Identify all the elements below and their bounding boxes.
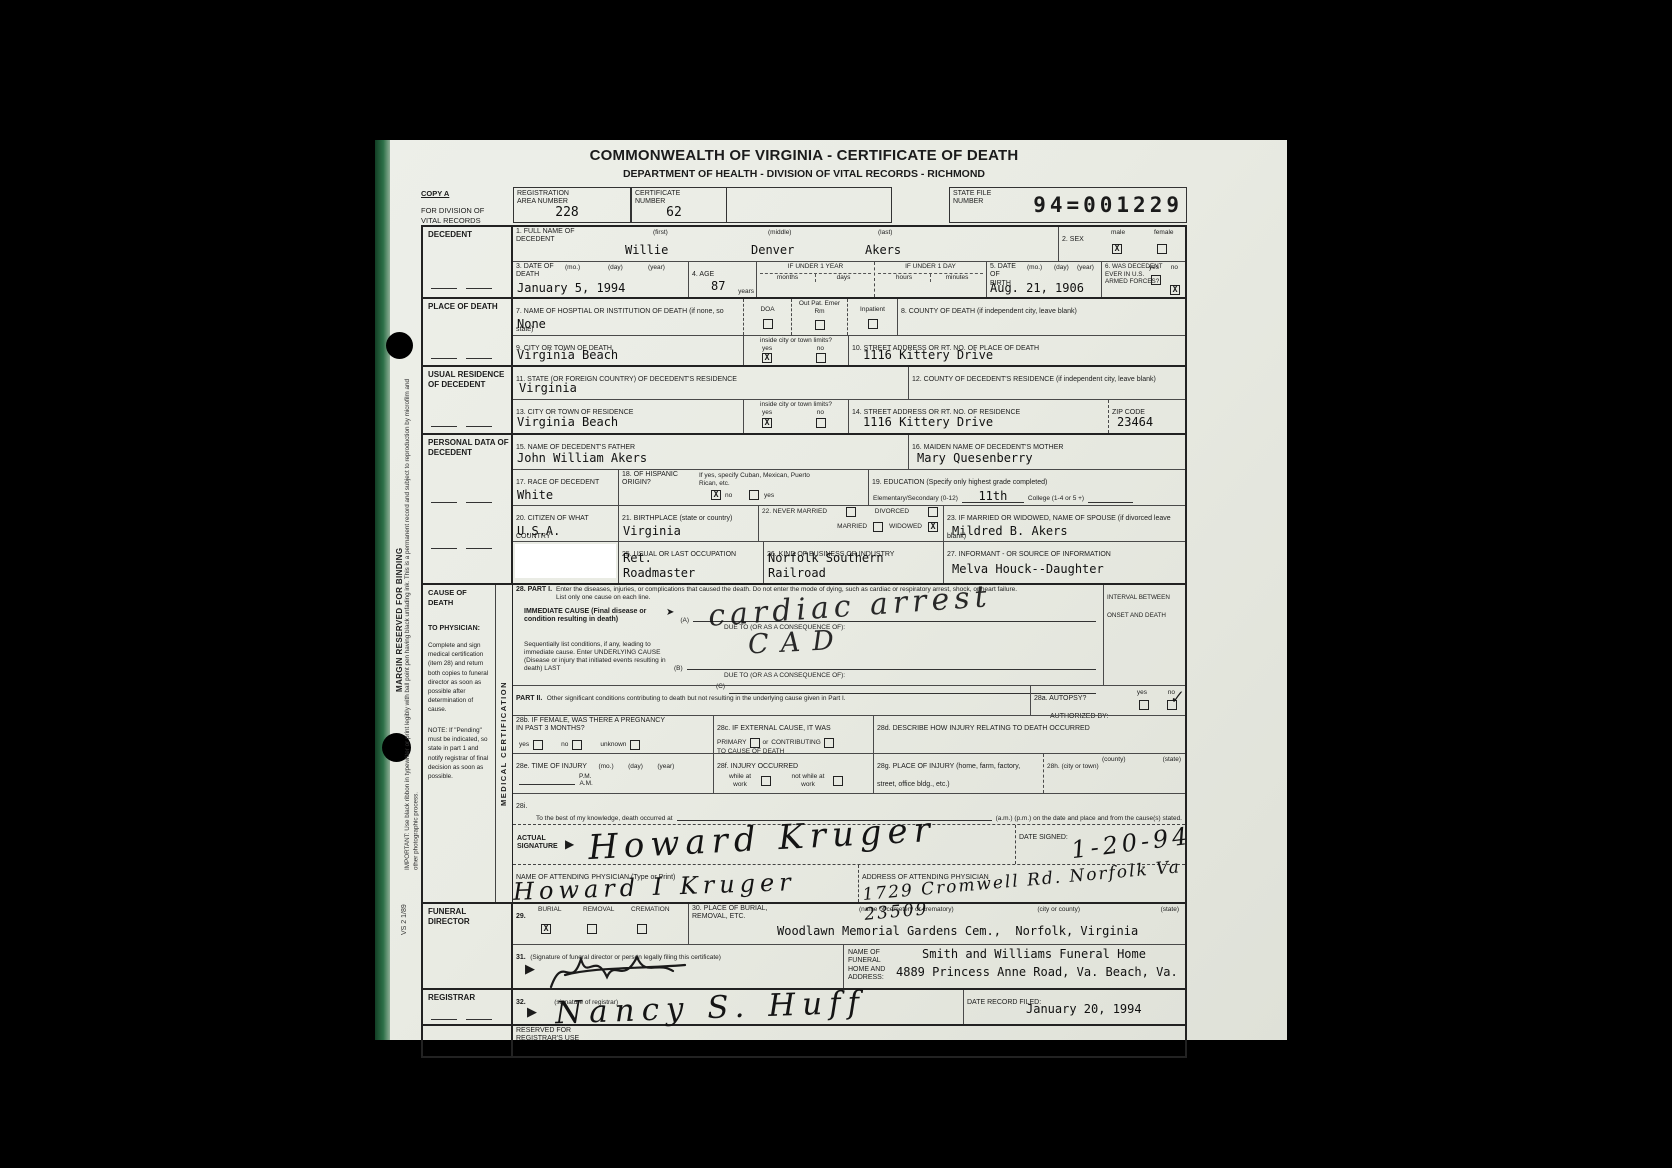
not-while-at-work-checkbox (833, 776, 843, 786)
father-label: 15. NAME OF DECEDENT'S FATHER (516, 444, 635, 451)
occupation-value: Ret. Roadmaster (623, 551, 705, 581)
certificate-title: COMMONWEALTH OF VIRGINIA - CERTIFICATE O… (421, 148, 1187, 165)
section-registrar-label: REGISTRAR (428, 993, 475, 1002)
male-checkbox: X (1112, 244, 1122, 254)
father-value: John William Akers (517, 451, 647, 466)
to-physician-label: TO PHYSICIAN: (428, 624, 493, 633)
part1-cell: 28. PART I. Enter the diseases, injuries… (513, 585, 1103, 685)
injury-city-cell: 28h. (city or town) (county) (state) (1043, 754, 1185, 793)
actual-signature-cell: ACTUAL SIGNATURE ▶ Howard Kruger (513, 825, 1015, 864)
date-signed-label: DATE SIGNED: (1019, 834, 1068, 841)
copy-label: COPY A (421, 189, 513, 199)
residence-city-value: Virginia Beach (517, 415, 618, 430)
section-residence-label: USUAL RESIDENCE OF DECEDENT (428, 370, 504, 389)
index-ticks (431, 543, 492, 549)
cremation-label: CREMATION (631, 906, 670, 914)
cremation-checkbox (637, 924, 647, 934)
male-label: male (1111, 229, 1125, 237)
index-ticks (431, 283, 492, 289)
section-registrar: REGISTRAR (423, 990, 513, 1024)
pregnancy-yes-checkbox (533, 740, 543, 750)
city-of-death-row: 9. CITY OR TOWN OF DEATH Virginia Beach … (513, 335, 1185, 365)
college-label: College (1-4 or 5 +) (1028, 495, 1084, 503)
pm-label: P.M. (579, 773, 592, 781)
reserved-row: RESERVED FOR REGISTRAR'S USE (513, 1026, 1185, 1056)
contributing-label: CONTRIBUTING (771, 739, 820, 747)
days-label: days (816, 274, 871, 282)
not-while-at-work-label: not while at work (788, 773, 828, 789)
date-of-death-cell: 3. DATE OF DEATH (mo.) (day) (year) Janu… (513, 262, 688, 297)
label-29: 29. (516, 913, 526, 920)
death-certificate-document: MARGIN RESERVED FOR BINDING IMPORTANT: U… (375, 140, 1287, 1040)
pregnancy-unknown-checkbox (630, 740, 640, 750)
hispanic-yes-label: yes (764, 492, 774, 500)
hispanic-cell: 18. OF HISPANIC ORIGIN? If yes, specify … (618, 470, 868, 505)
funeral-director-signature (545, 947, 695, 993)
injury-city-label: 28h. (city or town) (1047, 763, 1099, 770)
occupation-cell: 25. USUAL OR LAST OCCUPATION Ret. Roadma… (618, 542, 763, 583)
birth-mo-hint: (mo.) (1027, 264, 1042, 272)
hours-label: hours (878, 274, 931, 282)
certificate-number-box: CERTIFICATE NUMBER 62 (631, 187, 727, 223)
mother-label: 16. MAIDEN NAME OF DECEDENT'S MOTHER (912, 444, 1063, 451)
section-place-of-death: PLACE OF DEATH (423, 299, 513, 365)
under-one-day-cell: IF UNDER 1 DAY hours minutes (874, 262, 986, 297)
race-cell: 17. RACE OF DECEDENT White (513, 470, 618, 505)
time-of-injury-cell: 28e. TIME OF INJURY (mo.) (day) (year) A… (513, 754, 713, 793)
section-place-label: PLACE OF DEATH (428, 302, 498, 311)
informant-label: 27. INFORMANT - OR SOURCE OF INFORMATION (947, 551, 1111, 558)
funeral-signature-cell: 31. (Signature of funeral director or pe… (513, 945, 843, 988)
part2-label: PART II. (516, 695, 542, 702)
injury-row-1: 28b. IF FEMALE, WAS THERE A PREGNANCY IN… (513, 715, 1185, 753)
funeral-signature-row: 31. (Signature of funeral director or pe… (513, 944, 1185, 988)
line-b-label: (B) (674, 665, 683, 673)
hispanic-label: 18. OF HISPANIC ORIGIN? (622, 471, 692, 488)
part2-row: PART II. Other significant conditions co… (513, 685, 1185, 715)
pregnancy-label: 28b. IF FEMALE, WAS THERE A PREGNANCY IN… (516, 717, 666, 734)
middle-name-value: Denver (751, 243, 794, 258)
margin-important-text: IMPORTANT: Use black ribbon in typewrite… (404, 378, 422, 870)
external-cause-label: 28c. IF EXTERNAL CAUSE, IT WAS (717, 725, 831, 732)
hospital-label: 7. NAME OF HOSPTIAL OR INSTITUTION OF DE… (516, 308, 724, 333)
immediate-cause-label: IMMEDIATE CAUSE (Final disease or condit… (516, 608, 666, 625)
armed-no-checkbox: X (1170, 285, 1180, 295)
decedent-band: DECEDENT 1. FULL NAME OF DECEDENT (first… (423, 227, 1185, 297)
section-cause-label: CAUSE OF DEATH (428, 588, 467, 607)
doa-checkbox (763, 319, 773, 329)
form-grid: DECEDENT 1. FULL NAME OF DECEDENT (first… (421, 225, 1187, 1058)
date-of-birth-value: Aug. 21, 1906 (990, 281, 1084, 296)
arrow-right-icon: ➤ (666, 608, 674, 625)
inpatient-checkbox (868, 319, 878, 329)
informant-cell: 27. INFORMANT - OR SOURCE OF INFORMATION… (943, 542, 1185, 583)
place-of-death-band: PLACE OF DEATH 7. NAME OF HOSPTIAL OR IN… (423, 297, 1185, 365)
describe-injury-label: 28d. DESCRIBE HOW INJURY RELATING TO DEA… (877, 725, 1090, 732)
hospital-row: 7. NAME OF HOSPTIAL OR INSTITUTION OF DE… (513, 299, 1185, 335)
physician-row: NAME OF ATTENDING PHYSICIAN (Type or Pri… (513, 864, 1185, 902)
hospital-value: None (517, 317, 546, 332)
hole-punch-top (386, 332, 413, 359)
business-value: Norfolk Southern Railroad (768, 551, 893, 581)
county-of-death-label: 8. COUNTY OF DEATH (if independent city,… (901, 308, 1077, 315)
autopsy-no-handwritten-check: ✓ (1167, 687, 1184, 709)
street-of-death-value: 1116 Kittery Drive (863, 348, 993, 363)
label-32: 32. (516, 999, 526, 1007)
due-to2-label: DUE TO (OR AS A CONSEQUENCE OF): (724, 672, 1100, 680)
residence-county-cell: 12. COUNTY OF DECEDENT'S RESIDENCE (if i… (908, 367, 1185, 399)
residence-limits-no-label: no (817, 409, 824, 417)
outpatient-checkbox (815, 320, 825, 330)
residence-band: USUAL RESIDENCE OF DECEDENT 11. STATE (O… (423, 365, 1185, 433)
date-of-birth-cell: 5. DATE OF BIRTH (mo.) (day) (year) Aug.… (986, 262, 1101, 297)
funeral-home-label: NAME OF FUNERAL HOME AND ADDRESS: (848, 949, 896, 983)
primary-checkbox (750, 738, 760, 748)
citizen-value: U.S.A. (517, 524, 560, 539)
age-label: 4. AGE (692, 271, 714, 278)
under-one-year-cell: IF UNDER 1 YEAR months days (756, 262, 874, 297)
part1-row: 28. PART I. Enter the diseases, injuries… (513, 585, 1185, 685)
armed-yes-label: yes (1149, 264, 1159, 272)
outpatient-cell: Out Pat. Emer Rm (791, 299, 847, 335)
full-name-label: 1. FULL NAME OF DECEDENT (516, 228, 576, 245)
minutes-label: minutes (931, 274, 983, 282)
physician-address-cell: ADDRESS OF ATTENDING PHYSICIAN 1729 Crom… (858, 865, 1185, 902)
date-filed-cell: DATE RECORD FILED: January 20, 1994 (963, 990, 1185, 1024)
burial-checkbox: X (541, 924, 551, 934)
street-of-death-cell: 10. STREET ADDRESS OR RT. NO. OF PLACE O… (848, 336, 1185, 365)
pregnancy-yes-label: yes (519, 741, 529, 749)
part2-cell: PART II. Other significant conditions co… (513, 686, 1030, 715)
under-one-day-label: IF UNDER 1 DAY (878, 263, 983, 271)
registration-value: 228 (514, 205, 620, 221)
pregnancy-no-checkbox (572, 740, 582, 750)
medical-certification-strip: MEDICAL CERTIFICATION (495, 585, 513, 902)
date-filed-value: January 20, 1994 (1026, 1002, 1142, 1017)
birth-year-hint: (year) (1077, 264, 1094, 272)
age-unit: years (738, 288, 754, 296)
medical-band: CAUSE OF DEATH TO PHYSICIAN: Complete an… (423, 583, 1185, 902)
autopsy-yes-checkbox (1139, 700, 1149, 710)
last-hint: (last) (878, 229, 892, 237)
section-personal: PERSONAL DATA OF DECEDENT (423, 435, 513, 583)
primary-label: PRIMARY (717, 739, 747, 747)
race-label: 17. RACE OF DECEDENT (516, 479, 599, 486)
sex-label: 2. SEX (1062, 236, 1084, 243)
sequential-label: Sequentially list conditions, if any, le… (516, 641, 674, 672)
part1-label: 28. PART I. (516, 586, 552, 602)
county-of-death-cell: 8. COUNTY OF DEATH (if independent city,… (897, 299, 1185, 335)
autopsy-cell: 28a. AUTOPSY? AUTHORIZED BY: yes no ✓ (1030, 686, 1185, 715)
line-a-label: (A) (680, 617, 689, 625)
contributing-checkbox (824, 738, 834, 748)
city-of-death-cell: 9. CITY OR TOWN OF DEATH Virginia Beach (513, 336, 743, 365)
race-education-row: 17. RACE OF DECEDENT White 18. OF HISPAN… (513, 469, 1185, 505)
age-value: 87 (711, 279, 725, 294)
registration-number-box: REGISTRATION AREA NUMBER 228 (513, 187, 631, 223)
place-of-burial-value: Woodlawn Memorial Gardens Cem., Norfolk,… (777, 924, 1138, 939)
ssn-redacted-cell (513, 542, 618, 583)
time-of-injury-label: 28e. TIME OF INJURY (516, 763, 594, 771)
index-ticks (431, 1014, 492, 1020)
residence-limits-cell: inside city or town limits? yes no X (743, 400, 848, 433)
zip-cell: ZIP CODE 23464 (1108, 400, 1185, 433)
injury-occurred-cell: 28f. INJURY OCCURRED while at work not w… (713, 754, 873, 793)
widowed-checkbox: X (928, 522, 938, 532)
funeral-home-name: Smith and Williams Funeral Home (922, 947, 1146, 962)
funeral-band: FUNERAL DIRECTOR 29. BURIAL REMOVAL CREM… (423, 902, 1185, 988)
for-division-label: FOR DIVISION OF VITAL RECORDS (421, 206, 491, 226)
elementary-value: 11th (962, 490, 1024, 503)
full-name-row: 1. FULL NAME OF DECEDENT (first) (middle… (513, 227, 1185, 261)
residence-limits-no-checkbox (816, 418, 826, 428)
occupation-row: 25. USUAL OR LAST OCCUPATION Ret. Roadma… (513, 541, 1185, 583)
while-at-work-label: while at work (724, 773, 756, 789)
copy-block: COPY A FOR DIVISION OF VITAL RECORDS (421, 187, 513, 223)
label-28i-row: 28i. (513, 793, 1185, 806)
section-decedent: DECEDENT (423, 227, 513, 297)
doa-cell: DOA (743, 299, 791, 335)
residence-state-row: 11. STATE (OR FOREIGN COUNTRY) OF DECEDE… (513, 367, 1185, 399)
death-limits-yes-checkbox: X (762, 353, 772, 363)
registrar-band: REGISTRAR 32. (signature of registrar) ▶… (423, 988, 1185, 1024)
race-value: White (517, 488, 553, 503)
binding-edge (375, 140, 390, 1040)
registrar-signature-cell: 32. (signature of registrar) ▶ Nancy S. … (513, 990, 963, 1024)
registrar-signature-row: 32. (signature of registrar) ▶ Nancy S. … (513, 990, 1185, 1024)
never-married-label: 22. NEVER MARRIED (762, 508, 827, 516)
birthplace-cell: 21. BIRTHPLACE (state or country) Virgin… (618, 506, 758, 541)
physician-note-2: NOTE: If "Pending" must be indicated, so… (428, 726, 493, 781)
inpatient-label: Inpatient (851, 306, 894, 314)
injury-year-hint: (year) (657, 763, 674, 770)
full-name-cell: 1. FULL NAME OF DECEDENT (first) (middle… (513, 227, 1058, 261)
residence-limits-yes-label: yes (762, 409, 772, 417)
form-number: VS 2 1/89 (401, 875, 408, 935)
redaction-box (515, 544, 616, 578)
inpatient-cell: Inpatient (847, 299, 897, 335)
hispanic-no-label: no (725, 492, 732, 500)
divorced-checkbox (928, 507, 938, 517)
female-checkbox (1157, 244, 1167, 254)
interval-cell: INTERVAL BETWEEN ONSET AND DEATH (1103, 585, 1185, 685)
injury-occurred-label: 28f. INJURY OCCURRED (717, 763, 798, 770)
reserved-cell: RESERVED FOR REGISTRAR'S USE (513, 1026, 1185, 1056)
death-limits-cell: inside city or town limits? yes no X (743, 336, 848, 365)
while-at-work-checkbox (761, 776, 771, 786)
margin-binding-text: MARGIN RESERVED FOR BINDING (396, 390, 404, 850)
under-one-year-label: IF UNDER 1 YEAR (760, 263, 871, 271)
spouse-value: Mildred B. Akers (952, 524, 1068, 539)
zip-value: 23464 (1117, 415, 1153, 430)
personal-data-band: PERSONAL DATA OF DECEDENT 15. NAME OF DE… (423, 433, 1185, 583)
informant-value: Melva Houck--Daughter (952, 562, 1104, 577)
section-decedent-label: DECEDENT (428, 230, 472, 239)
armed-no-label: no (1171, 264, 1178, 272)
mo-hint: (mo.) (565, 264, 580, 272)
physician-note: Complete and sign medical certification … (428, 641, 493, 714)
interval-label: INTERVAL BETWEEN ONSET AND DEATH (1107, 594, 1170, 619)
burial-row: 29. BURIAL REMOVAL CREMATION X 30. PLACE… (513, 904, 1185, 944)
or-label: or (763, 739, 769, 747)
residence-county-label: 12. COUNTY OF DECEDENT'S RESIDENCE (if i… (912, 376, 1156, 383)
death-limits-yes-label: yes (762, 345, 772, 353)
part2-text: Other significant conditions contributin… (547, 695, 846, 702)
external-cause-cell: 28c. IF EXTERNAL CAUSE, IT WAS PRIMARY o… (713, 716, 873, 753)
time-rule (519, 777, 575, 785)
index-ticks (431, 353, 492, 359)
line-b-rule (687, 659, 1096, 670)
last-name-value: Akers (865, 243, 901, 258)
sex-cell: 2. SEX male female X (1058, 227, 1185, 261)
section-cause: CAUSE OF DEATH TO PHYSICIAN: Complete an… (423, 585, 495, 902)
injury-day-hint: (day) (628, 763, 643, 770)
date-of-death-value: January 5, 1994 (517, 281, 625, 296)
married-label: MARRIED (837, 523, 867, 531)
residence-limits-yes-checkbox: X (762, 418, 772, 428)
death-limits-no-checkbox (816, 353, 826, 363)
outpatient-label: Out Pat. Emer Rm (795, 300, 844, 316)
burial-state-hint: (state) (1161, 906, 1179, 914)
certificate-form: COMMONWEALTH OF VIRGINIA - CERTIFICATE O… (421, 148, 1187, 1058)
birthplace-label: 21. BIRTHPLACE (state or country) (622, 515, 732, 522)
marital-cell: 22. NEVER MARRIED DIVORCED MARRIED WIDOW… (758, 506, 943, 541)
pregnancy-cell: 28b. IF FEMALE, WAS THERE A PREGNANCY IN… (513, 716, 713, 753)
empty-box (727, 187, 892, 223)
hispanic-yes-checkbox (749, 490, 759, 500)
index-ticks (431, 497, 492, 503)
mother-value: Mary Quesenberry (917, 451, 1033, 466)
first-name-value: Willie (625, 243, 668, 258)
pregnancy-no-label: no (561, 741, 568, 749)
married-checkbox (873, 522, 883, 532)
medical-certification-label: MEDICAL CERTIFICATION (500, 681, 508, 806)
cause-b-handwriting: CAD (747, 625, 846, 661)
never-married-checkbox (846, 507, 856, 517)
am-label: A.M. (579, 780, 592, 787)
female-label: female (1154, 229, 1174, 237)
armed-yes-checkbox (1151, 275, 1161, 285)
age-cell: 4. AGE 87 years (688, 262, 756, 297)
physician-name-cell: NAME OF ATTENDING PHYSICIAN (Type or Pri… (513, 865, 858, 902)
label-28i-cell: 28i. (513, 794, 1185, 806)
attestation-right: (a.m.) (p.m.) on the date and place and … (996, 815, 1182, 823)
residence-city-row: 13. CITY OR TOWN OF RESIDENCE Virginia B… (513, 399, 1185, 433)
signature-row: ACTUAL SIGNATURE ▶ Howard Kruger DATE SI… (513, 824, 1185, 864)
residence-street-value: 1116 Kittery Drive (863, 415, 993, 430)
residence-limits-label: inside city or town limits? (747, 401, 845, 409)
injury-state-label: (state) (1163, 756, 1181, 764)
education-cell: 19. EDUCATION (Specify only highest grad… (868, 470, 1185, 505)
reserved-band: RESERVED FOR REGISTRAR'S USE (423, 1024, 1185, 1056)
section-residence: USUAL RESIDENCE OF DECEDENT (423, 367, 513, 433)
residence-state-value: Virginia (519, 381, 577, 396)
autopsy-label: 28a. AUTOPSY? (1034, 695, 1086, 702)
city-of-death-value: Virginia Beach (517, 348, 618, 363)
place-of-injury-label: 28g. PLACE OF INJURY (home, farm, factor… (877, 763, 1020, 788)
hispanic-no-checkbox: X (711, 490, 721, 500)
doa-label: DOA (747, 306, 788, 314)
injury-mo-hint: (mo.) (598, 763, 613, 770)
death-limits-no-label: no (817, 345, 824, 353)
death-limits-label: inside city or town limits? (747, 337, 845, 345)
removal-checkbox (587, 924, 597, 934)
year-hint: (year) (648, 264, 665, 272)
hospital-cell: 7. NAME OF HOSPTIAL OR INSTITUTION OF DE… (513, 299, 743, 335)
business-cell: 26. KIND OF BUSINESS OR INDUSTRY Norfolk… (763, 542, 943, 583)
state-file-label: STATE FILE NUMBER (953, 190, 997, 220)
place-of-injury-cell: 28g. PLACE OF INJURY (home, farm, factor… (873, 754, 1043, 793)
parents-row: 15. NAME OF DECEDENT'S FATHER John Willi… (513, 435, 1185, 469)
actual-signature-label: ACTUAL SIGNATURE (517, 835, 561, 852)
residence-city-cell: 13. CITY OR TOWN OF RESIDENCE Virginia B… (513, 400, 743, 433)
middle-hint: (middle) (768, 229, 791, 237)
divorced-label: DIVORCED (875, 508, 909, 516)
months-label: months (760, 274, 816, 282)
reserved-scol (423, 1026, 513, 1056)
part1-instructions2: List only one cause on each line. (556, 594, 650, 601)
funeral-home-address: 4889 Princess Anne Road, Va. Beach, Va. (896, 965, 1178, 980)
burial-cell: 29. BURIAL REMOVAL CREMATION X (513, 904, 688, 944)
burial-label: BURIAL (538, 906, 561, 914)
funeral-arrow-icon: ▶ (525, 961, 535, 977)
residence-state-cell: 11. STATE (OR FOREIGN COUNTRY) OF DECEDE… (513, 367, 908, 399)
father-cell: 15. NAME OF DECEDENT'S FATHER John Willi… (513, 435, 908, 469)
index-ticks (431, 421, 492, 427)
certificate-subtitle: DEPARTMENT OF HEALTH - DIVISION OF VITAL… (421, 169, 1187, 181)
funeral-home-cell: NAME OF FUNERAL HOME AND ADDRESS: Smith … (843, 945, 1185, 988)
residence-street-cell: 14. STREET ADDRESS OR RT. NO. OF RESIDEN… (848, 400, 1108, 433)
injury-row-2: 28e. TIME OF INJURY (mo.) (day) (year) A… (513, 753, 1185, 793)
college-value (1088, 502, 1133, 503)
hispanic-hint: If yes, specify Cuban, Mexican, Puerto R… (699, 472, 829, 488)
date-of-death-row: 3. DATE OF DEATH (mo.) (day) (year) Janu… (513, 261, 1185, 297)
citizen-cell: 20. CITIZEN OF WHAT COUNTRY U.S.A. (513, 506, 618, 541)
section-funeral-label: FUNERAL DIRECTOR (428, 907, 470, 926)
section-personal-label: PERSONAL DATA OF DECEDENT (428, 438, 509, 457)
spacer (892, 187, 949, 223)
first-hint: (first) (653, 229, 668, 237)
place-of-burial-label: 30. PLACE OF BURIAL, REMOVAL, ETC. (692, 905, 770, 922)
mother-cell: 16. MAIDEN NAME OF DECEDENT'S MOTHER Mar… (908, 435, 1185, 469)
state-file-box: STATE FILE NUMBER 94=001229 (949, 187, 1187, 223)
injury-county-label: (county) (1102, 756, 1125, 764)
registrar-arrow-icon: ▶ (527, 1004, 537, 1020)
certificate-number-value: 62 (632, 205, 716, 221)
signature-arrow-icon: ▶ (565, 837, 574, 851)
citizen-row: 20. CITIZEN OF WHAT COUNTRY U.S.A. 21. B… (513, 505, 1185, 541)
elementary-label: Elementary/Secondary (0-12) (873, 495, 958, 503)
birth-day-hint: (day) (1054, 264, 1069, 272)
education-label: 19. EDUCATION (Specify only highest grad… (872, 479, 1047, 486)
describe-injury-cell: 28d. DESCRIBE HOW INJURY RELATING TO DEA… (873, 716, 1185, 753)
birthplace-value: Virginia (623, 524, 681, 539)
autopsy-yes-label: yes (1137, 689, 1147, 697)
date-of-death-label: 3. DATE OF DEATH (516, 263, 561, 280)
removal-label: REMOVAL (583, 906, 614, 914)
widowed-label: WIDOWED (889, 523, 922, 531)
day-hint: (day) (608, 264, 623, 272)
spouse-cell: 23. IF MARRIED OR WIDOWED, NAME OF SPOUS… (943, 506, 1185, 541)
section-funeral: FUNERAL DIRECTOR (423, 904, 513, 988)
attestation-left: To the best of my knowledge, death occur… (516, 815, 673, 823)
state-file-value: 94=001229 (997, 190, 1183, 220)
armed-forces-cell: 6. WAS DECEDENT EVER IN U.S. ARMED FORCE… (1101, 262, 1185, 297)
number-row: COPY A FOR DIVISION OF VITAL RECORDS REG… (421, 187, 1187, 223)
pregnancy-unknown-label: unknown (600, 741, 626, 749)
